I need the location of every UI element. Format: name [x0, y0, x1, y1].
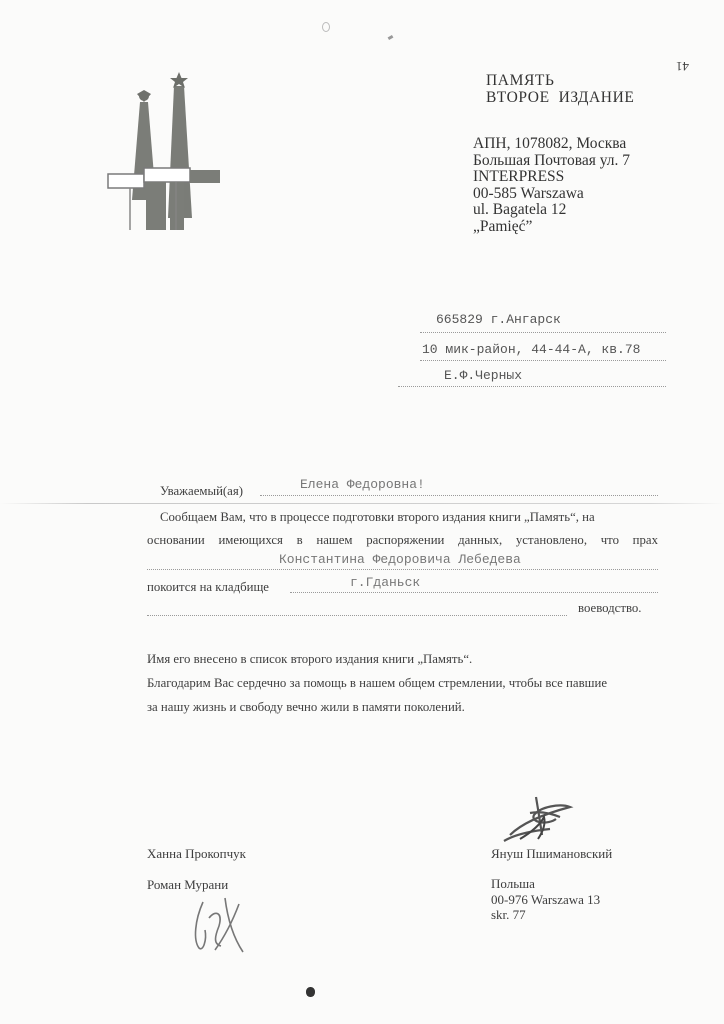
memorial-logo-icon [106, 72, 221, 230]
address-line: Большая Почтовая ул. 7 [473, 153, 630, 170]
signatory-right-address: Польша 00-976 Warszawa 13 skr. 77 [491, 876, 600, 923]
signature-left-icon [185, 890, 250, 955]
address-line: „Pamięć” [473, 219, 630, 236]
address-line: АПН, 1078082, Москва [473, 136, 630, 153]
publisher-address: АПН, 1078082, Москва Большая Почтовая ул… [473, 136, 630, 235]
deceased-name: Константина Федоровича Лебедева [279, 552, 521, 567]
paragraph-3-line-1: Благодарим Вас сердечно за помощь в наше… [147, 676, 607, 691]
scan-speck [306, 987, 315, 997]
cemetery-value: г.Гданьск [350, 575, 420, 590]
publication-title: ПАМЯТЬ ВТОРОЕ ИЗДАНИЕ [486, 72, 634, 106]
scan-speck [322, 22, 330, 32]
paragraph-1-line-2: основании имеющихся в нашем распоряжении… [147, 533, 658, 548]
paragraph-1-line-1: Сообщаем Вам, что в процессе подготовки … [160, 510, 595, 525]
paragraph-2: Имя его внесено в список второго издания… [147, 652, 472, 667]
signatory-right: Януш Пшимановский [491, 846, 612, 862]
salutation-label: Уважаемый(ая) [160, 484, 243, 499]
cemetery-field: г.Гданьск [290, 575, 658, 593]
recipient-street: 10 мик-район, 44-44-А, кв.78 [422, 342, 640, 357]
address-line: ul. Bagatela 12 [473, 202, 630, 219]
recipient-name: Е.Ф.Черных [444, 368, 522, 383]
address-line: Польша [491, 876, 600, 892]
address-line: INTERPRESS [473, 169, 630, 186]
address-line: 00-585 Warszawa [473, 186, 630, 203]
signature-right-icon [500, 795, 580, 845]
page-number: 41 [676, 58, 689, 74]
voivodeship-label: воеводство. [578, 601, 642, 616]
salutation-name: Елена Федоровна! [300, 477, 425, 492]
deceased-field: Константина Федоровича Лебедева [147, 552, 658, 570]
address-line: 00-976 Warszawa 13 [491, 892, 600, 908]
scan-speck [388, 35, 394, 40]
signatory-left-1: Ханна Прокопчук [147, 846, 246, 862]
title-line-2: ВТОРОЕ ИЗДАНИЕ [486, 89, 634, 106]
title-line-1: ПАМЯТЬ [486, 72, 634, 89]
paragraph-3-line-2: за нашу жизнь и свободу вечно жили в пам… [147, 700, 465, 715]
salutation-field: Елена Федоровна! [260, 478, 658, 496]
recipient-city: 665829 г.Ангарск [436, 312, 561, 327]
cemetery-label: покоится на кладбище [147, 580, 269, 595]
address-line: skr. 77 [491, 907, 600, 923]
voivodeship-field [147, 598, 567, 616]
fold-line [0, 503, 724, 504]
